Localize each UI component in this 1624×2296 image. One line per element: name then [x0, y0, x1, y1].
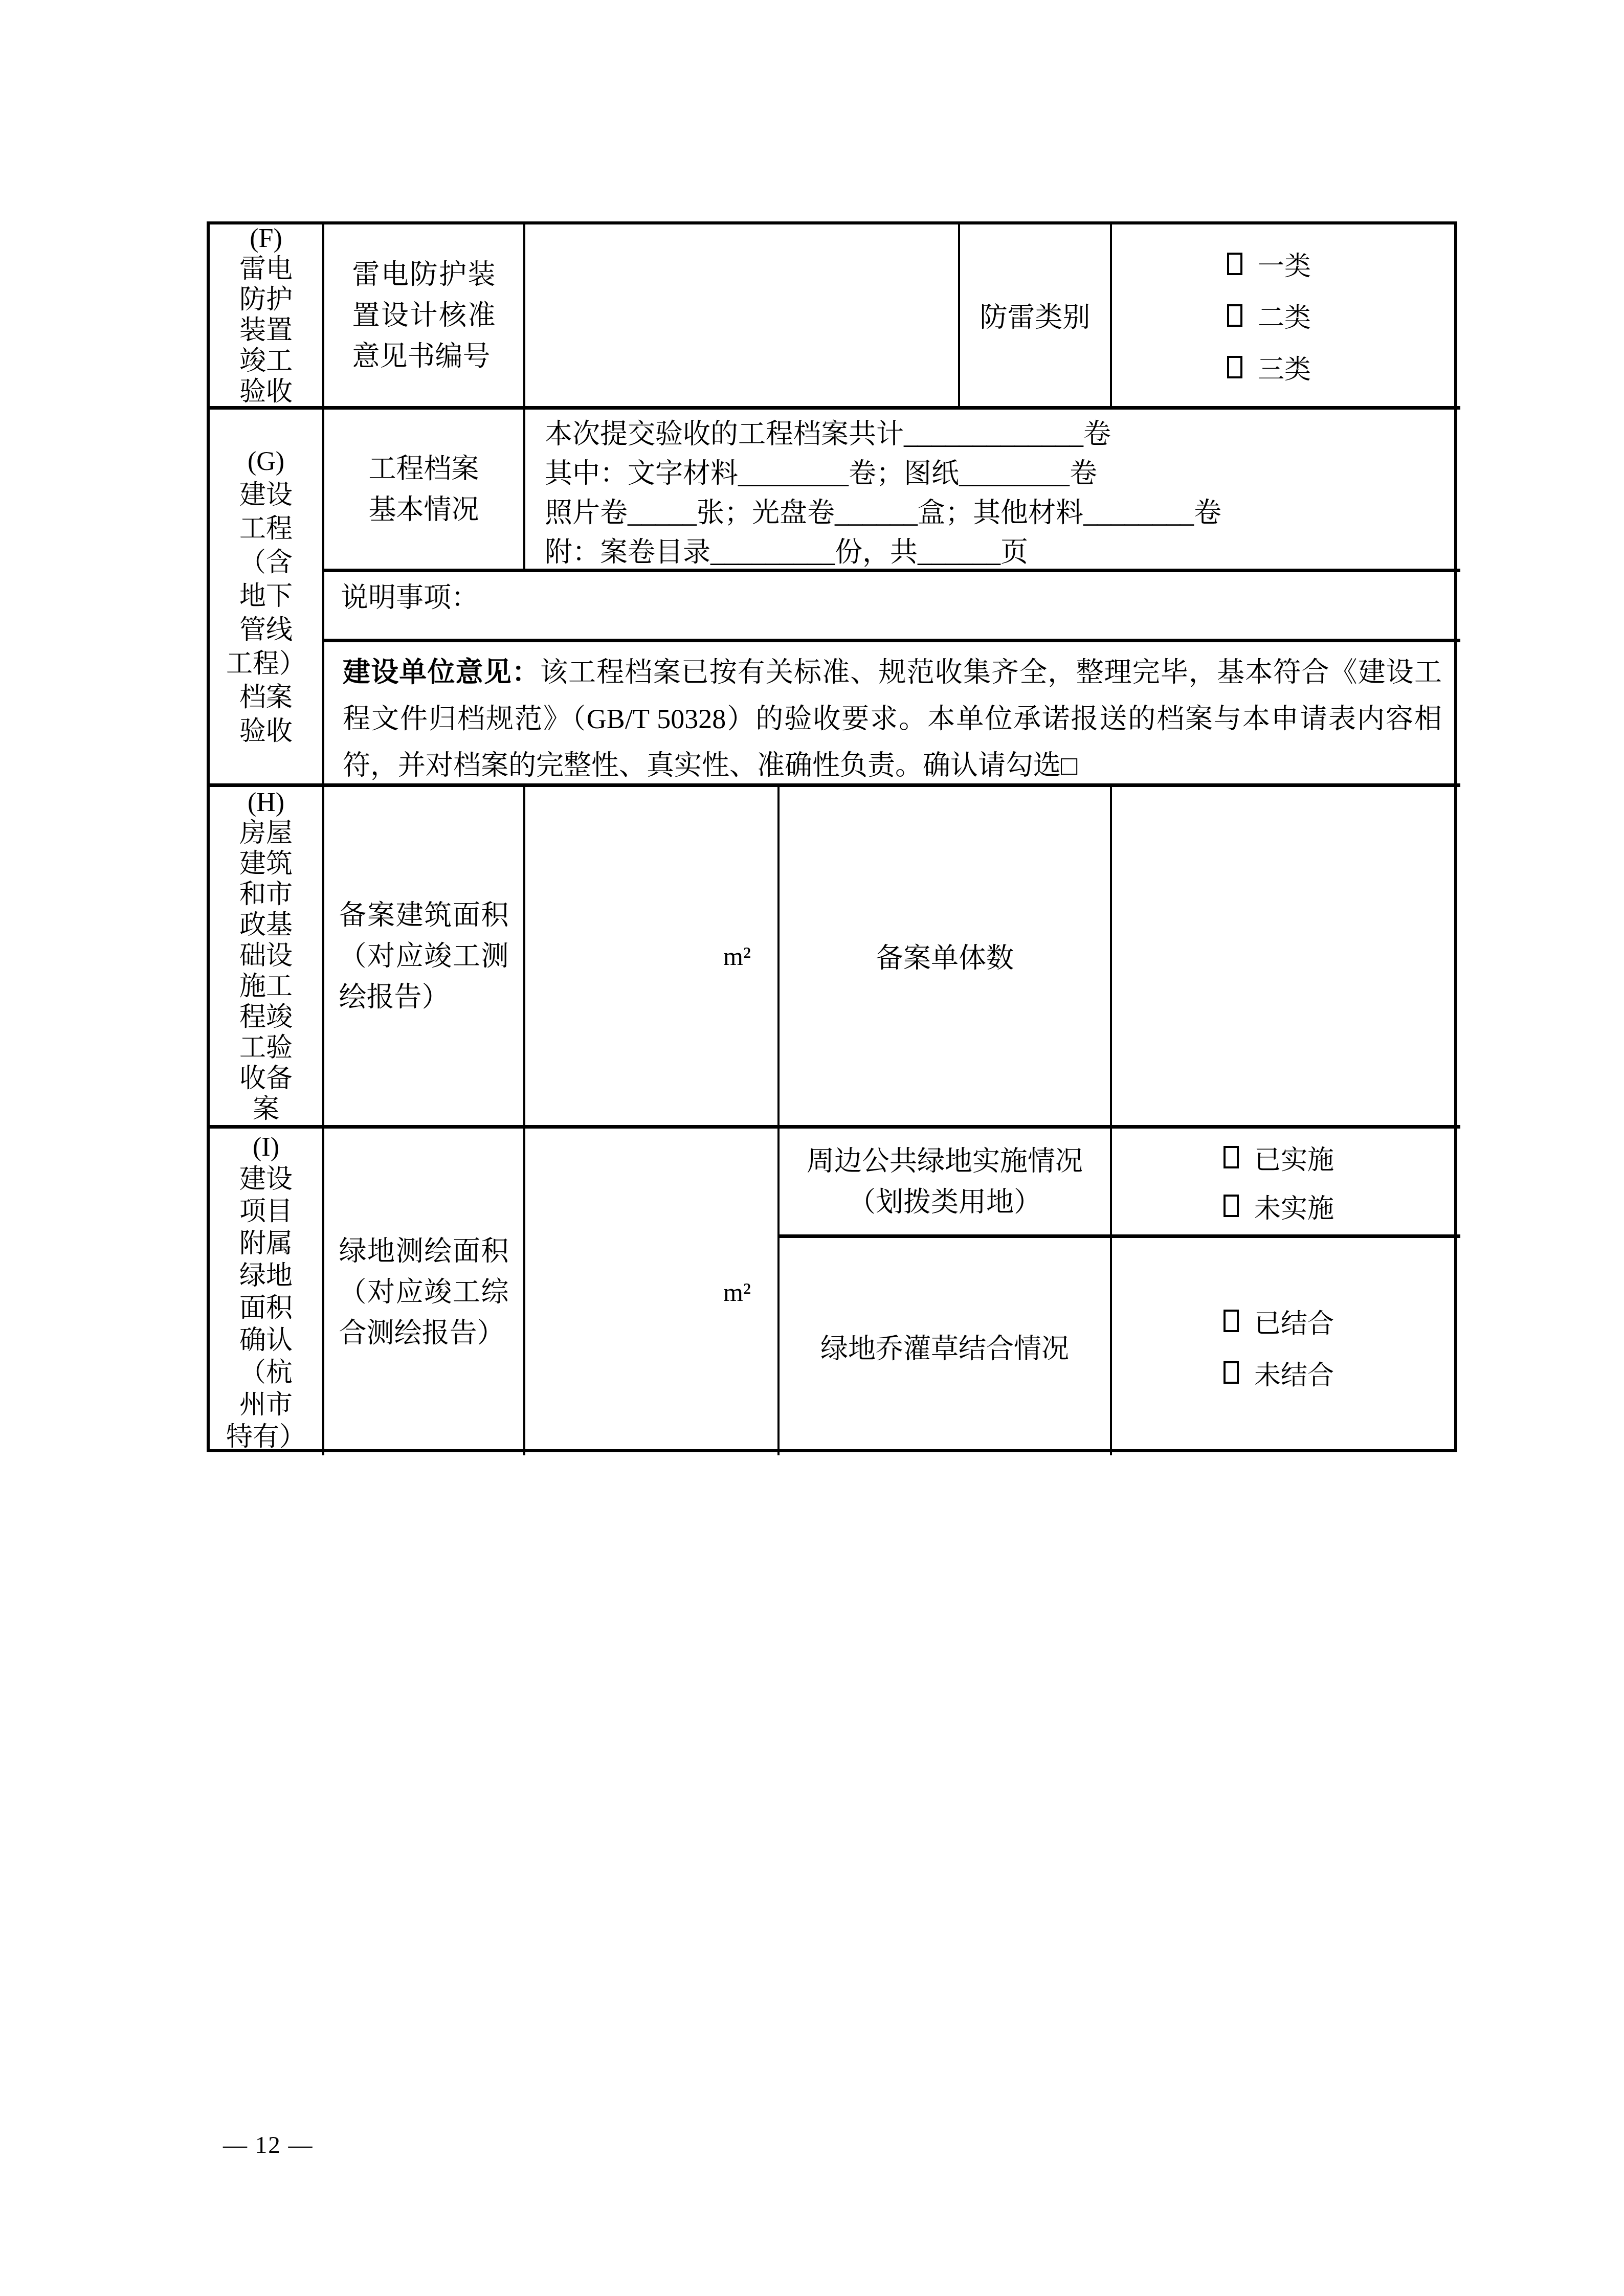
opinion-lead-label: 建设单位意见： [343, 657, 540, 688]
option-label: 未结合 [1254, 1354, 1334, 1392]
option-class-3[interactable]: 三类 [1227, 348, 1460, 386]
green-impl-options-cell: 已实施 未实施 [1112, 1129, 1460, 1238]
archive-line-materials: 其中：文字材料________卷；图纸________卷 [545, 454, 1460, 493]
notes-cell: 说明事项： [324, 572, 1460, 642]
option-label: 未实施 [1254, 1187, 1334, 1225]
green-mix-label-cell: 绿地乔灌草结合情况 [780, 1238, 1112, 1455]
checkbox-icon[interactable] [1223, 1310, 1239, 1332]
row-g-header: (G) 建设 工程 （含 地下 管线 工程） 档案 验收 [210, 410, 324, 787]
filing-unit-count-label: 备案单体数 [780, 787, 1112, 1129]
green-impl-options: 已实施 未实施 [1112, 1129, 1460, 1234]
checkbox-icon[interactable] [1227, 253, 1242, 275]
row-i-header: (I) 建设 项目 附属 绿地 面积 确认 （杭 州市 特有） [210, 1129, 324, 1455]
acceptance-form-table: (F) 雷电 防护 装置 竣工 验收 雷电防护装置设计核准意见书编号 防雷类别 … [207, 221, 1457, 1452]
archive-info-text-cell: 本次提交验收的工程档案共计_____________卷 其中：文字材料_____… [525, 410, 1460, 572]
archive-info-label: 工程档案 基本情况 [369, 448, 479, 530]
checkbox-icon[interactable] [1223, 1361, 1239, 1384]
archive-line-catalog: 附：案卷目录_________份，共______页 [545, 533, 1460, 572]
filing-unit-count-value-cell [1112, 787, 1460, 1129]
lightning-doc-no-value-cell [525, 224, 960, 410]
checkbox-icon[interactable] [1227, 356, 1242, 378]
row-h-header: (H) 房屋 建筑 和市 政基 础设 施工 程竣 工验 收备 案 [210, 787, 324, 1129]
option-label: 已实施 [1254, 1138, 1334, 1177]
option-class-1[interactable]: 一类 [1227, 244, 1460, 283]
archive-line-total: 本次提交验收的工程档案共计_____________卷 [545, 415, 1460, 454]
page-number: — 12 — [223, 2131, 314, 2159]
green-area-value-cell: m² [525, 1129, 780, 1455]
option-combined[interactable]: 已结合 [1223, 1302, 1460, 1340]
lightning-category-options-cell: 一类 二类 三类 [1112, 224, 1460, 410]
checkbox-icon[interactable] [1223, 1195, 1239, 1217]
filing-area-label: 备案建筑面积（对应竣工测绘报告） [339, 895, 509, 1018]
option-label: 已结合 [1254, 1302, 1334, 1340]
filing-area-label-cell: 备案建筑面积（对应竣工测绘报告） [324, 787, 525, 1129]
option-not-combined[interactable]: 未结合 [1223, 1354, 1460, 1392]
green-area-label: 绿地测绘面积（对应竣工综合测绘报告） [339, 1231, 509, 1354]
row-f-header: (F) 雷电 防护 装置 竣工 验收 [210, 224, 324, 410]
checkbox-icon[interactable] [1223, 1146, 1239, 1168]
archive-line-photos: 照片卷_____张；光盘卷______盒；其他材料________卷 [545, 493, 1460, 533]
option-label: 二类 [1258, 296, 1311, 334]
option-implemented[interactable]: 已实施 [1223, 1138, 1460, 1177]
green-area-label-cell: 绿地测绘面积（对应竣工综合测绘报告） [324, 1129, 525, 1455]
square-meter-unit: m² [723, 1277, 751, 1307]
archive-info-label-cell: 工程档案 基本情况 [324, 410, 525, 572]
notes-label: 说明事项： [341, 582, 479, 613]
green-impl-label-cell: 周边公共绿地实施情况 （划拨类用地） [780, 1129, 1112, 1238]
filing-area-value-cell: m² [525, 787, 780, 1129]
option-class-2[interactable]: 二类 [1227, 296, 1460, 334]
row-f-doc-no-label-cell: 雷电防护装置设计核准意见书编号 [324, 224, 525, 410]
opinion-cell: 建设单位意见：该工程档案已按有关标准、规范收集齐全，整理完毕，基本符合《建设工程… [324, 642, 1460, 787]
green-mix-options-cell: 已结合 未结合 [1112, 1238, 1460, 1455]
option-label: 一类 [1258, 244, 1311, 283]
green-mix-options: 已结合 未结合 [1112, 1238, 1460, 1455]
lightning-category-label: 防雷类别 [960, 224, 1112, 410]
lightning-doc-no-label: 雷电防护装置设计核准意见书编号 [352, 254, 496, 377]
document-page: (F) 雷电 防护 装置 竣工 验收 雷电防护装置设计核准意见书编号 防雷类别 … [0, 0, 1624, 2296]
lightning-category-options: 一类 二类 三类 [1112, 224, 1460, 406]
option-not-implemented[interactable]: 未实施 [1223, 1187, 1460, 1225]
option-label: 三类 [1258, 348, 1311, 386]
square-meter-unit: m² [723, 941, 751, 971]
green-impl-label: 周边公共绿地实施情况 （划拨类用地） [807, 1141, 1083, 1223]
checkbox-icon[interactable] [1227, 304, 1242, 327]
